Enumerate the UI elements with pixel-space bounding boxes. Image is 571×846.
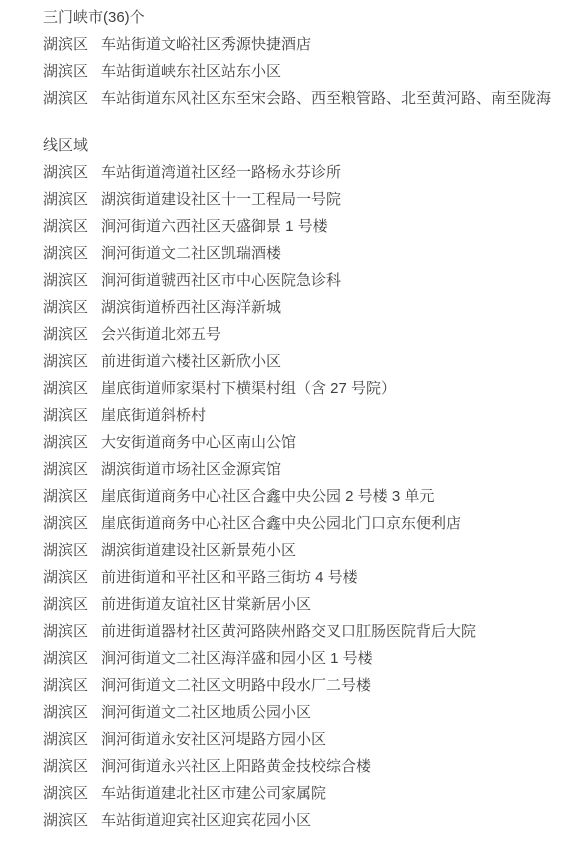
district-label: 湖滨区 — [43, 375, 101, 402]
list-item: 湖滨区涧河街道文二社区海洋盛和园小区 1 号楼 — [43, 645, 563, 672]
location-text: 涧河街道文二社区文明路中段水厂二号楼 — [101, 677, 371, 694]
list-item: 湖滨区车站街道峡东社区站东小区 — [43, 58, 563, 85]
district-label: 湖滨区 — [43, 483, 101, 510]
location-text: 车站街道文峪社区秀源快捷酒店 — [101, 36, 311, 53]
district-label: 湖滨区 — [43, 699, 101, 726]
location-text: 涧河街道永兴社区上阳路黄金技校综合楼 — [101, 758, 371, 775]
list-item: 湖滨区崖底街道商务中心社区合鑫中央公园北门口京东便利店 — [43, 510, 563, 537]
paragraph-gap — [43, 112, 563, 132]
location-text: 崖底街道商务中心社区合鑫中央公园北门口京东便利店 — [101, 515, 461, 532]
list-item: 湖滨区涧河街道永兴社区上阳路黄金技校综合楼 — [43, 753, 563, 780]
district-label: 湖滨区 — [43, 213, 101, 240]
list-item: 湖滨区会兴街道北郊五号 — [43, 321, 563, 348]
district-label: 湖滨区 — [43, 348, 101, 375]
location-text: 涧河街道六西社区天盛御景 1 号楼 — [101, 218, 328, 235]
district-label: 湖滨区 — [43, 726, 101, 753]
location-text: 大安街道商务中心区南山公馆 — [101, 434, 296, 451]
district-label: 湖滨区 — [43, 267, 101, 294]
location-text: 涧河街道文二社区海洋盛和园小区 1 号楼 — [101, 650, 373, 667]
location-text: 前进街道友谊社区甘棠新居小区 — [101, 596, 311, 613]
location-text: 崖底街道商务中心社区合鑫中央公园 2 号楼 3 单元 — [101, 488, 434, 505]
location-text: 崖底街道师家渠村下横渠村组（含 27 号院） — [101, 380, 396, 397]
district-label: 湖滨区 — [43, 537, 101, 564]
district-label: 湖滨区 — [43, 753, 101, 780]
list-item: 湖滨区前进街道六楼社区新欣小区 — [43, 348, 563, 375]
location-text: 涧河街道虢西社区市中心医院急诊科 — [101, 272, 341, 289]
location-list-document: 三门峡市(36)个 湖滨区车站街道文峪社区秀源快捷酒店 湖滨区车站街道峡东社区站… — [0, 0, 571, 846]
district-label: 湖滨区 — [43, 456, 101, 483]
list-item: 湖滨区车站街道文峪社区秀源快捷酒店 — [43, 31, 563, 58]
location-text: 车站街道建北社区市建公司家属院 — [101, 785, 326, 802]
list-item: 湖滨区湖滨街道市场社区金源宾馆 — [43, 456, 563, 483]
page-title: 三门峡市(36)个 — [43, 4, 563, 31]
list-item: 湖滨区车站街道湾道社区经一路杨永芬诊所 — [43, 159, 563, 186]
district-label: 湖滨区 — [43, 429, 101, 456]
location-text: 车站街道湾道社区经一路杨永芬诊所 — [101, 164, 341, 181]
location-text: 湖滨街道建设社区十一工程局一号院 — [101, 191, 341, 208]
district-label: 湖滨区 — [43, 807, 101, 834]
district-label: 湖滨区 — [43, 780, 101, 807]
district-label: 湖滨区 — [43, 240, 101, 267]
list-item: 湖滨区湖滨街道桥西社区海洋新城 — [43, 294, 563, 321]
list-item: 湖滨区湖滨街道建设社区十一工程局一号院 — [43, 186, 563, 213]
district-label: 湖滨区 — [43, 591, 101, 618]
district-label: 湖滨区 — [43, 31, 101, 58]
location-text: 车站街道东风社区东至宋会路、西至粮管路、北至黄河路、南至陇海 — [101, 90, 551, 107]
list-item: 湖滨区崖底街道师家渠村下横渠村组（含 27 号院） — [43, 375, 563, 402]
list-item: 湖滨区涧河街道六西社区天盛御景 1 号楼 — [43, 213, 563, 240]
location-text: 湖滨街道市场社区金源宾馆 — [101, 461, 281, 478]
list-item: 湖滨区车站街道迎宾社区迎宾花园小区 — [43, 807, 563, 834]
location-text: 前进街道六楼社区新欣小区 — [101, 353, 281, 370]
continuation-text: 线区域 — [43, 137, 88, 154]
district-label: 湖滨区 — [43, 294, 101, 321]
district-label: 湖滨区 — [43, 159, 101, 186]
district-label: 湖滨区 — [43, 618, 101, 645]
list-item: 湖滨区前进街道和平社区和平路三街坊 4 号楼 — [43, 564, 563, 591]
location-text: 车站街道峡东社区站东小区 — [101, 63, 281, 80]
list-item: 湖滨区涧河街道文二社区凯瑞酒楼 — [43, 240, 563, 267]
list-item: 湖滨区涧河街道虢西社区市中心医院急诊科 — [43, 267, 563, 294]
list-item: 湖滨区崖底街道商务中心社区合鑫中央公园 2 号楼 3 单元 — [43, 483, 563, 510]
list-item: 湖滨区车站街道东风社区东至宋会路、西至粮管路、北至黄河路、南至陇海 — [43, 85, 563, 112]
list-item: 湖滨区涧河街道文二社区地质公园小区 — [43, 699, 563, 726]
list-item: 湖滨区湖滨街道建设社区新景苑小区 — [43, 537, 563, 564]
list-item: 湖滨区涧河街道文二社区文明路中段水厂二号楼 — [43, 672, 563, 699]
district-label: 湖滨区 — [43, 58, 101, 85]
district-label: 湖滨区 — [43, 564, 101, 591]
location-text: 车站街道迎宾社区迎宾花园小区 — [101, 812, 311, 829]
district-label: 湖滨区 — [43, 321, 101, 348]
location-text: 湖滨街道桥西社区海洋新城 — [101, 299, 281, 316]
location-text: 涧河街道文二社区地质公园小区 — [101, 704, 311, 721]
list-item: 湖滨区崖底街道斜桥村 — [43, 402, 563, 429]
location-text: 前进街道器材社区黄河路陕州路交叉口肛肠医院背后大院 — [101, 623, 476, 640]
district-label: 湖滨区 — [43, 85, 101, 112]
district-label: 湖滨区 — [43, 402, 101, 429]
location-rows: 湖滨区车站街道文峪社区秀源快捷酒店 湖滨区车站街道峡东社区站东小区 湖滨区车站街… — [43, 31, 563, 834]
location-text: 前进街道和平社区和平路三街坊 4 号楼 — [101, 569, 358, 586]
location-text: 会兴街道北郊五号 — [101, 326, 221, 343]
list-item: 湖滨区涧河街道永安社区河堤路方园小区 — [43, 726, 563, 753]
location-text: 崖底街道斜桥村 — [101, 407, 206, 424]
district-label: 湖滨区 — [43, 186, 101, 213]
list-item-continuation: 线区域 — [43, 132, 563, 159]
district-label: 湖滨区 — [43, 645, 101, 672]
list-item: 湖滨区大安街道商务中心区南山公馆 — [43, 429, 563, 456]
location-text: 涧河街道永安社区河堤路方园小区 — [101, 731, 326, 748]
district-label: 湖滨区 — [43, 510, 101, 537]
list-item: 湖滨区车站街道建北社区市建公司家属院 — [43, 780, 563, 807]
list-item: 湖滨区前进街道友谊社区甘棠新居小区 — [43, 591, 563, 618]
list-item: 湖滨区前进街道器材社区黄河路陕州路交叉口肛肠医院背后大院 — [43, 618, 563, 645]
location-text: 涧河街道文二社区凯瑞酒楼 — [101, 245, 281, 262]
location-text: 湖滨街道建设社区新景苑小区 — [101, 542, 296, 559]
district-label: 湖滨区 — [43, 672, 101, 699]
